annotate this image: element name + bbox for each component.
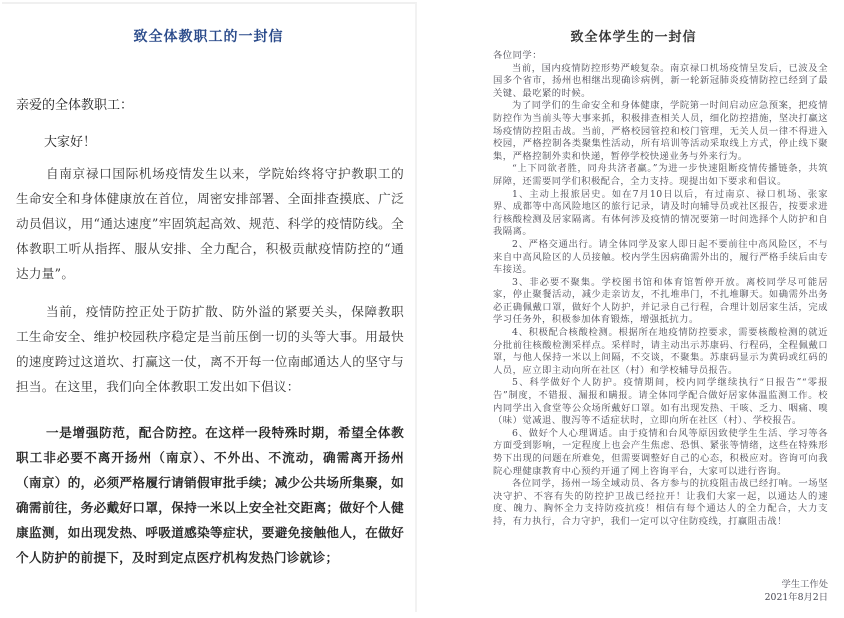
staff-letter-paragraph: 当前，疫情防控正处于防扩散、防外溢的紧要关头，保障教职工生命安全、维护校园秩序稳… (16, 299, 404, 399)
student-letter-paragraph: 4、积极配合核酸检测。根据所在地疫情防控要求，需要核酸检测的就近分批前往核酸检测… (493, 327, 828, 377)
student-letter-paragraph: 5、科学做好个人防护。疫情期间，校内同学继续执行“日报告”“零报告”制度，不错报… (493, 377, 828, 427)
student-letter-paragraph: 6、做好个人心理调适。由于疫情和台风等原因致使学生生活、学习等各方面受到影响，一… (493, 428, 828, 478)
student-letter-paragraph: 当前，国内疫情防控形势严峻复杂。南京禄口机场疫情呈发后，已波及全国多个省市，扬州… (493, 63, 828, 101)
student-letter-paragraph: “上下同欲者胜，同舟共济者赢。”为进一步快速阻断疫情传播链条，共筑屏障，还需要同… (493, 163, 828, 188)
student-letter-paragraph: 3、非必要不聚集。学校图书馆和体育馆暂停开放。离校同学尽可能居家，停止聚餐活动，… (493, 277, 828, 327)
staff-letter-greeting: 大家好！ (44, 131, 96, 150)
student-letter-title: 致全体学生的一封信 (423, 26, 844, 45)
student-letter-signature-block: 学生工作处 2021年8月2日 (765, 578, 828, 604)
staff-letter-page: 致全体教职工的一封信 亲爱的全体教职工： 大家好！ 自南京禄口国际机场疫情发生以… (2, 2, 417, 612)
student-letter-salutation: 各位同学： (493, 50, 828, 63)
signature-department: 学生工作处 (765, 578, 828, 591)
student-letter-page: 致全体学生的一封信 各位同学： 当前，国内疫情防控形势严峻复杂。南京禄口机场疫情… (423, 0, 844, 618)
student-letter-paragraph: 2、严格交通出行。请全体同学及家人即日起不要前往中高风险区，不与来自中高风险区的… (493, 239, 828, 277)
student-letter-paragraph: 为了同学们的生命安全和身体健康，学院第一时间启动应急预案，把疫情防控作为当前头等… (493, 100, 828, 163)
student-letter-paragraph: 各位同学，扬州一场全域动员、各方参与的抗疫阻击战已经打响。一场坚决守护、不容有失… (493, 478, 828, 528)
signature-date: 2021年8月2日 (765, 591, 828, 604)
staff-letter-salutation: 亲爱的全体教职工： (16, 94, 133, 113)
staff-letter-paragraph: 自南京禄口国际机场疫情发生以来，学院始终将守护教职工的生命安全和身体健康放在首位… (16, 161, 404, 286)
staff-letter-paragraph: 一是增强防范，配合防控。在这样一段特殊时期，希望全体教职工非必要不离开扬州（南京… (16, 420, 404, 570)
staff-letter-title: 致全体教职工的一封信 (2, 26, 415, 46)
student-letter-paragraph: 1、主动上报旅居史。如在7月10日以后，有过南京、禄口机场、张家界、成都等中高风… (493, 189, 828, 239)
student-letter-body: 各位同学： 当前，国内疫情防控形势严峻复杂。南京禄口机场疫情呈发后，已波及全国多… (493, 50, 828, 529)
